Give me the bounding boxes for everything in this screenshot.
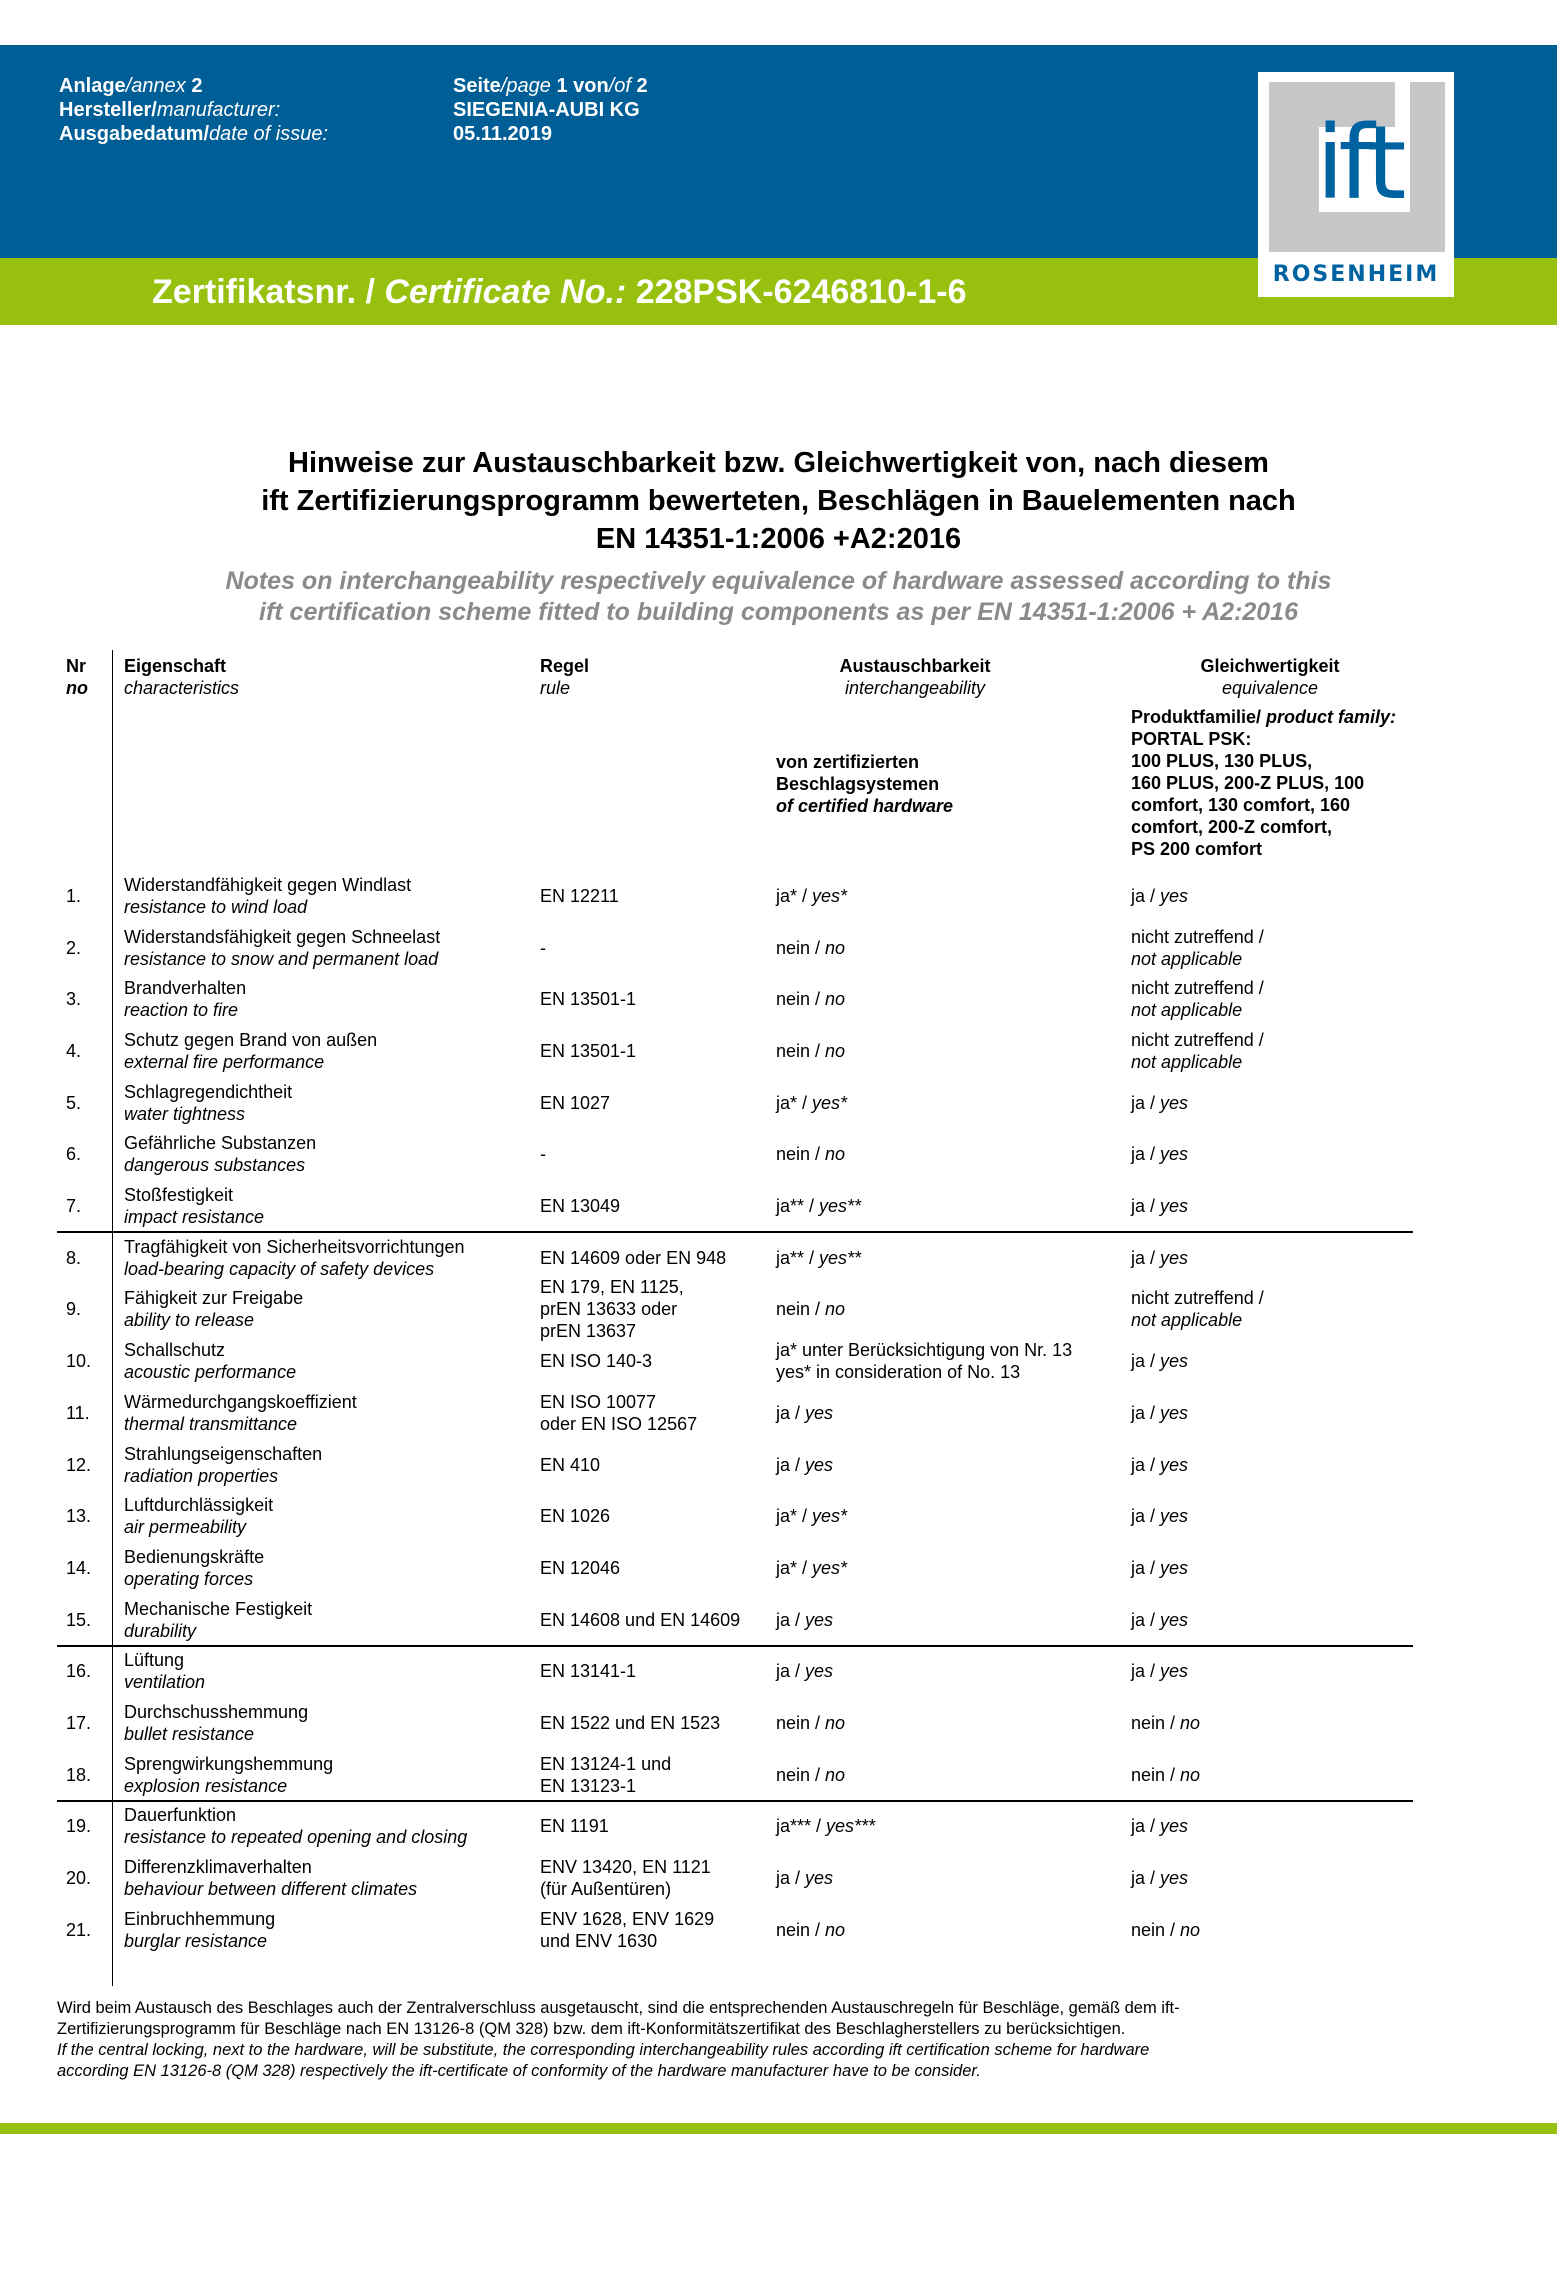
row-rule: - xyxy=(540,1143,546,1165)
row-characteristic: Mechanische Festigkeitdurability xyxy=(124,1598,312,1642)
row-equivalence: ja / yes xyxy=(1131,1092,1188,1114)
row-equivalence: ja / yes xyxy=(1131,1454,1188,1476)
row-rule: EN ISO 10077oder EN ISO 12567 xyxy=(540,1391,697,1435)
row-equivalence: ja / yes xyxy=(1131,1195,1188,1217)
row-characteristic: Fähigkeit zur Freigabeability to release xyxy=(124,1287,303,1331)
row-rule: EN 12211 xyxy=(540,885,619,907)
row-equivalence: nein / no xyxy=(1131,1919,1200,1941)
row-interchangeability: nein / no xyxy=(776,1919,845,1941)
row-equivalence: ja / yes xyxy=(1131,1505,1188,1527)
row-characteristic: Gefährliche Substanzendangerous substanc… xyxy=(124,1132,316,1176)
row-number: 11. xyxy=(66,1402,90,1424)
row-equivalence: nicht zutreffend /not applicable xyxy=(1131,977,1264,1021)
header-interchangeability: Austauschbarkeitinterchangeability xyxy=(760,655,1070,699)
row-interchangeability: ja* unter Berücksichtigung von Nr. 13yes… xyxy=(776,1339,1072,1383)
row-characteristic: Schutz gegen Brand von außenexternal fir… xyxy=(124,1029,377,1073)
row-interchangeability: nein / no xyxy=(776,1298,845,1320)
row-group-separator xyxy=(57,1645,1413,1647)
manufacturer-value: SIEGENIA-AUBI KG xyxy=(453,98,648,122)
row-number: 20. xyxy=(66,1867,91,1889)
row-interchangeability: nein / no xyxy=(776,988,845,1010)
row-interchangeability: ja* / yes* xyxy=(776,1505,847,1527)
header-equivalence: Gleichwertigkeitequivalence xyxy=(1110,655,1430,699)
row-interchangeability: ja / yes xyxy=(776,1609,833,1631)
row-interchangeability: nein / no xyxy=(776,1143,845,1165)
row-rule: EN 13501-1 xyxy=(540,1040,636,1062)
row-characteristic: Sprengwirkungshemmungexplosion resistanc… xyxy=(124,1753,333,1797)
row-rule: EN 12046 xyxy=(540,1557,620,1579)
row-equivalence: nicht zutreffend /not applicable xyxy=(1131,926,1264,970)
row-number: 8. xyxy=(66,1247,81,1269)
issue-date-label: Ausgabedatum/date of issue: xyxy=(59,122,328,146)
row-interchangeability: ja** / yes** xyxy=(776,1195,861,1217)
row-rule: EN 179, EN 1125,prEN 13633 oderprEN 1363… xyxy=(540,1276,684,1342)
footer-green-band xyxy=(0,2123,1557,2134)
row-characteristic: Widerstandfähigkeit gegen Windlastresist… xyxy=(124,874,411,918)
row-characteristic: Brandverhaltenreaction to fire xyxy=(124,977,246,1021)
row-number: 15. xyxy=(66,1609,91,1631)
document-subtitle: Notes on interchangeability respectively… xyxy=(0,566,1557,628)
row-characteristic: Widerstandsfähigkeit gegen Schneelastres… xyxy=(124,926,440,970)
footnote-de: Wird beim Austausch des Beschlages auch … xyxy=(57,1998,1197,2040)
ift-rosenheim-logo: ift ROSENHEIM xyxy=(1258,72,1454,297)
row-characteristic: Luftdurchlässigkeitair permeability xyxy=(124,1494,273,1538)
row-number: 2. xyxy=(66,937,81,959)
row-equivalence: ja / yes xyxy=(1131,1867,1188,1889)
row-characteristic: Tragfähigkeit von Sicherheitsvorrichtung… xyxy=(124,1236,465,1280)
row-number: 14. xyxy=(66,1557,91,1579)
row-interchangeability: nein / no xyxy=(776,937,845,959)
row-number: 16. xyxy=(66,1660,91,1682)
row-equivalence: ja / yes xyxy=(1131,1557,1188,1579)
row-rule: EN 1522 und EN 1523 xyxy=(540,1712,720,1734)
row-interchangeability: nein / no xyxy=(776,1764,845,1786)
row-equivalence: ja / yes xyxy=(1131,1815,1188,1837)
logo-mark: ift xyxy=(1316,114,1400,214)
row-rule: EN 13049 xyxy=(540,1195,620,1217)
issue-date-value: 05.11.2019 xyxy=(453,122,648,146)
row-equivalence: ja / yes xyxy=(1131,1402,1188,1424)
row-equivalence: nicht zutreffend /not applicable xyxy=(1131,1287,1264,1331)
row-rule: EN 13141-1 xyxy=(540,1660,636,1682)
row-interchangeability: ja / yes xyxy=(776,1867,833,1889)
row-rule: EN ISO 140-3 xyxy=(540,1350,652,1372)
document-title: Hinweise zur Austauschbarkeit bzw. Gleic… xyxy=(0,444,1557,558)
row-equivalence: ja / yes xyxy=(1131,1247,1188,1269)
row-interchangeability: ja*** / yes*** xyxy=(776,1815,875,1837)
row-rule: EN 1027 xyxy=(540,1092,610,1114)
table-column-divider xyxy=(112,650,113,1986)
row-number: 5. xyxy=(66,1092,81,1114)
row-number: 12. xyxy=(66,1454,91,1476)
row-characteristic: Schallschutzacoustic performance xyxy=(124,1339,296,1383)
row-number: 9. xyxy=(66,1298,81,1320)
row-rule: EN 14609 oder EN 948 xyxy=(540,1247,726,1269)
row-rule: EN 13124-1 undEN 13123-1 xyxy=(540,1753,671,1797)
row-rule: ENV 1628, ENV 1629und ENV 1630 xyxy=(540,1908,714,1952)
row-interchangeability: nein / no xyxy=(776,1712,845,1734)
manufacturer-label: Hersteller/manufacturer: xyxy=(59,98,328,122)
row-number: 19. xyxy=(66,1815,91,1837)
row-characteristic: Einbruchhemmungburglar resistance xyxy=(124,1908,275,1952)
row-interchangeability: ja* / yes* xyxy=(776,885,847,907)
row-equivalence: ja / yes xyxy=(1131,1350,1188,1372)
row-equivalence: ja / yes xyxy=(1131,1609,1188,1631)
row-rule: EN 1026 xyxy=(540,1505,610,1527)
row-group-separator xyxy=(57,1231,1413,1233)
row-interchangeability: ja / yes xyxy=(776,1454,833,1476)
page-indicator: Seite/page 1 von/of 2 xyxy=(453,74,648,98)
header-nr: Nrno xyxy=(66,655,88,699)
row-rule: EN 1191 xyxy=(540,1815,609,1837)
row-characteristic: Differenzklimaverhaltenbehaviour between… xyxy=(124,1856,417,1900)
row-interchangeability: ja* / yes* xyxy=(776,1092,847,1114)
header-product-family: Produktfamilie/ product family: PORTAL P… xyxy=(1131,706,1396,860)
row-characteristic: Durchschusshemmungbullet resistance xyxy=(124,1701,308,1745)
row-number: 4. xyxy=(66,1040,81,1062)
certificate-number: Zertifikatsnr. / Certificate No.: 228PSK… xyxy=(152,270,966,314)
header-values: Seite/page 1 von/of 2 SIEGENIA-AUBI KG 0… xyxy=(453,74,648,146)
row-characteristic: Wärmedurchgangskoeffizientthermal transm… xyxy=(124,1391,357,1435)
row-number: 10. xyxy=(66,1350,91,1372)
row-interchangeability: nein / no xyxy=(776,1040,845,1062)
header-characteristics: Eigenschaftcharacteristics xyxy=(124,655,239,699)
row-number: 13. xyxy=(66,1505,91,1527)
row-number: 18. xyxy=(66,1764,91,1786)
footnote: Wird beim Austausch des Beschlages auch … xyxy=(57,1998,1197,2082)
row-interchangeability: ja* / yes* xyxy=(776,1557,847,1579)
row-characteristic: Lüftungventilation xyxy=(124,1649,205,1693)
row-number: 21. xyxy=(66,1919,91,1941)
row-equivalence: ja / yes xyxy=(1131,1660,1188,1682)
row-group-separator xyxy=(57,1800,1413,1802)
header-labels: Anlage/annex 2 Hersteller/manufacturer: … xyxy=(59,74,328,146)
row-characteristic: Strahlungseigenschaftenradiation propert… xyxy=(124,1443,322,1487)
header-interchangeability-sub: von zertifizierten Beschlagsystemen of c… xyxy=(776,751,953,817)
row-equivalence: nein / no xyxy=(1131,1712,1200,1734)
row-equivalence: ja / yes xyxy=(1131,885,1188,907)
row-rule: EN 14608 und EN 14609 xyxy=(540,1609,740,1631)
row-equivalence: nicht zutreffend /not applicable xyxy=(1131,1029,1264,1073)
row-rule: ENV 13420, EN 1121(für Außentüren) xyxy=(540,1856,711,1900)
row-number: 1. xyxy=(66,885,81,907)
row-characteristic: Schlagregendichtheitwater tightness xyxy=(124,1081,292,1125)
annex-label: Anlage/annex 2 xyxy=(59,74,328,98)
row-equivalence: nein / no xyxy=(1131,1764,1200,1786)
row-characteristic: Bedienungskräfteoperating forces xyxy=(124,1546,264,1590)
row-characteristic: Stoßfestigkeitimpact resistance xyxy=(124,1184,264,1228)
row-number: 6. xyxy=(66,1143,81,1165)
row-rule: EN 13501-1 xyxy=(540,988,636,1010)
logo-city: ROSENHEIM xyxy=(1258,262,1454,287)
row-equivalence: ja / yes xyxy=(1131,1143,1188,1165)
row-interchangeability: ja** / yes** xyxy=(776,1247,861,1269)
row-rule: EN 410 xyxy=(540,1454,600,1476)
row-number: 17. xyxy=(66,1712,91,1734)
header-rule: Regelrule xyxy=(540,655,589,699)
row-rule: - xyxy=(540,937,546,959)
footnote-en: If the central locking, next to the hard… xyxy=(57,2040,1197,2082)
row-number: 3. xyxy=(66,988,81,1010)
row-number: 7. xyxy=(66,1195,81,1217)
row-interchangeability: ja / yes xyxy=(776,1660,833,1682)
row-interchangeability: ja / yes xyxy=(776,1402,833,1424)
row-characteristic: Dauerfunktionresistance to repeated open… xyxy=(124,1804,467,1848)
